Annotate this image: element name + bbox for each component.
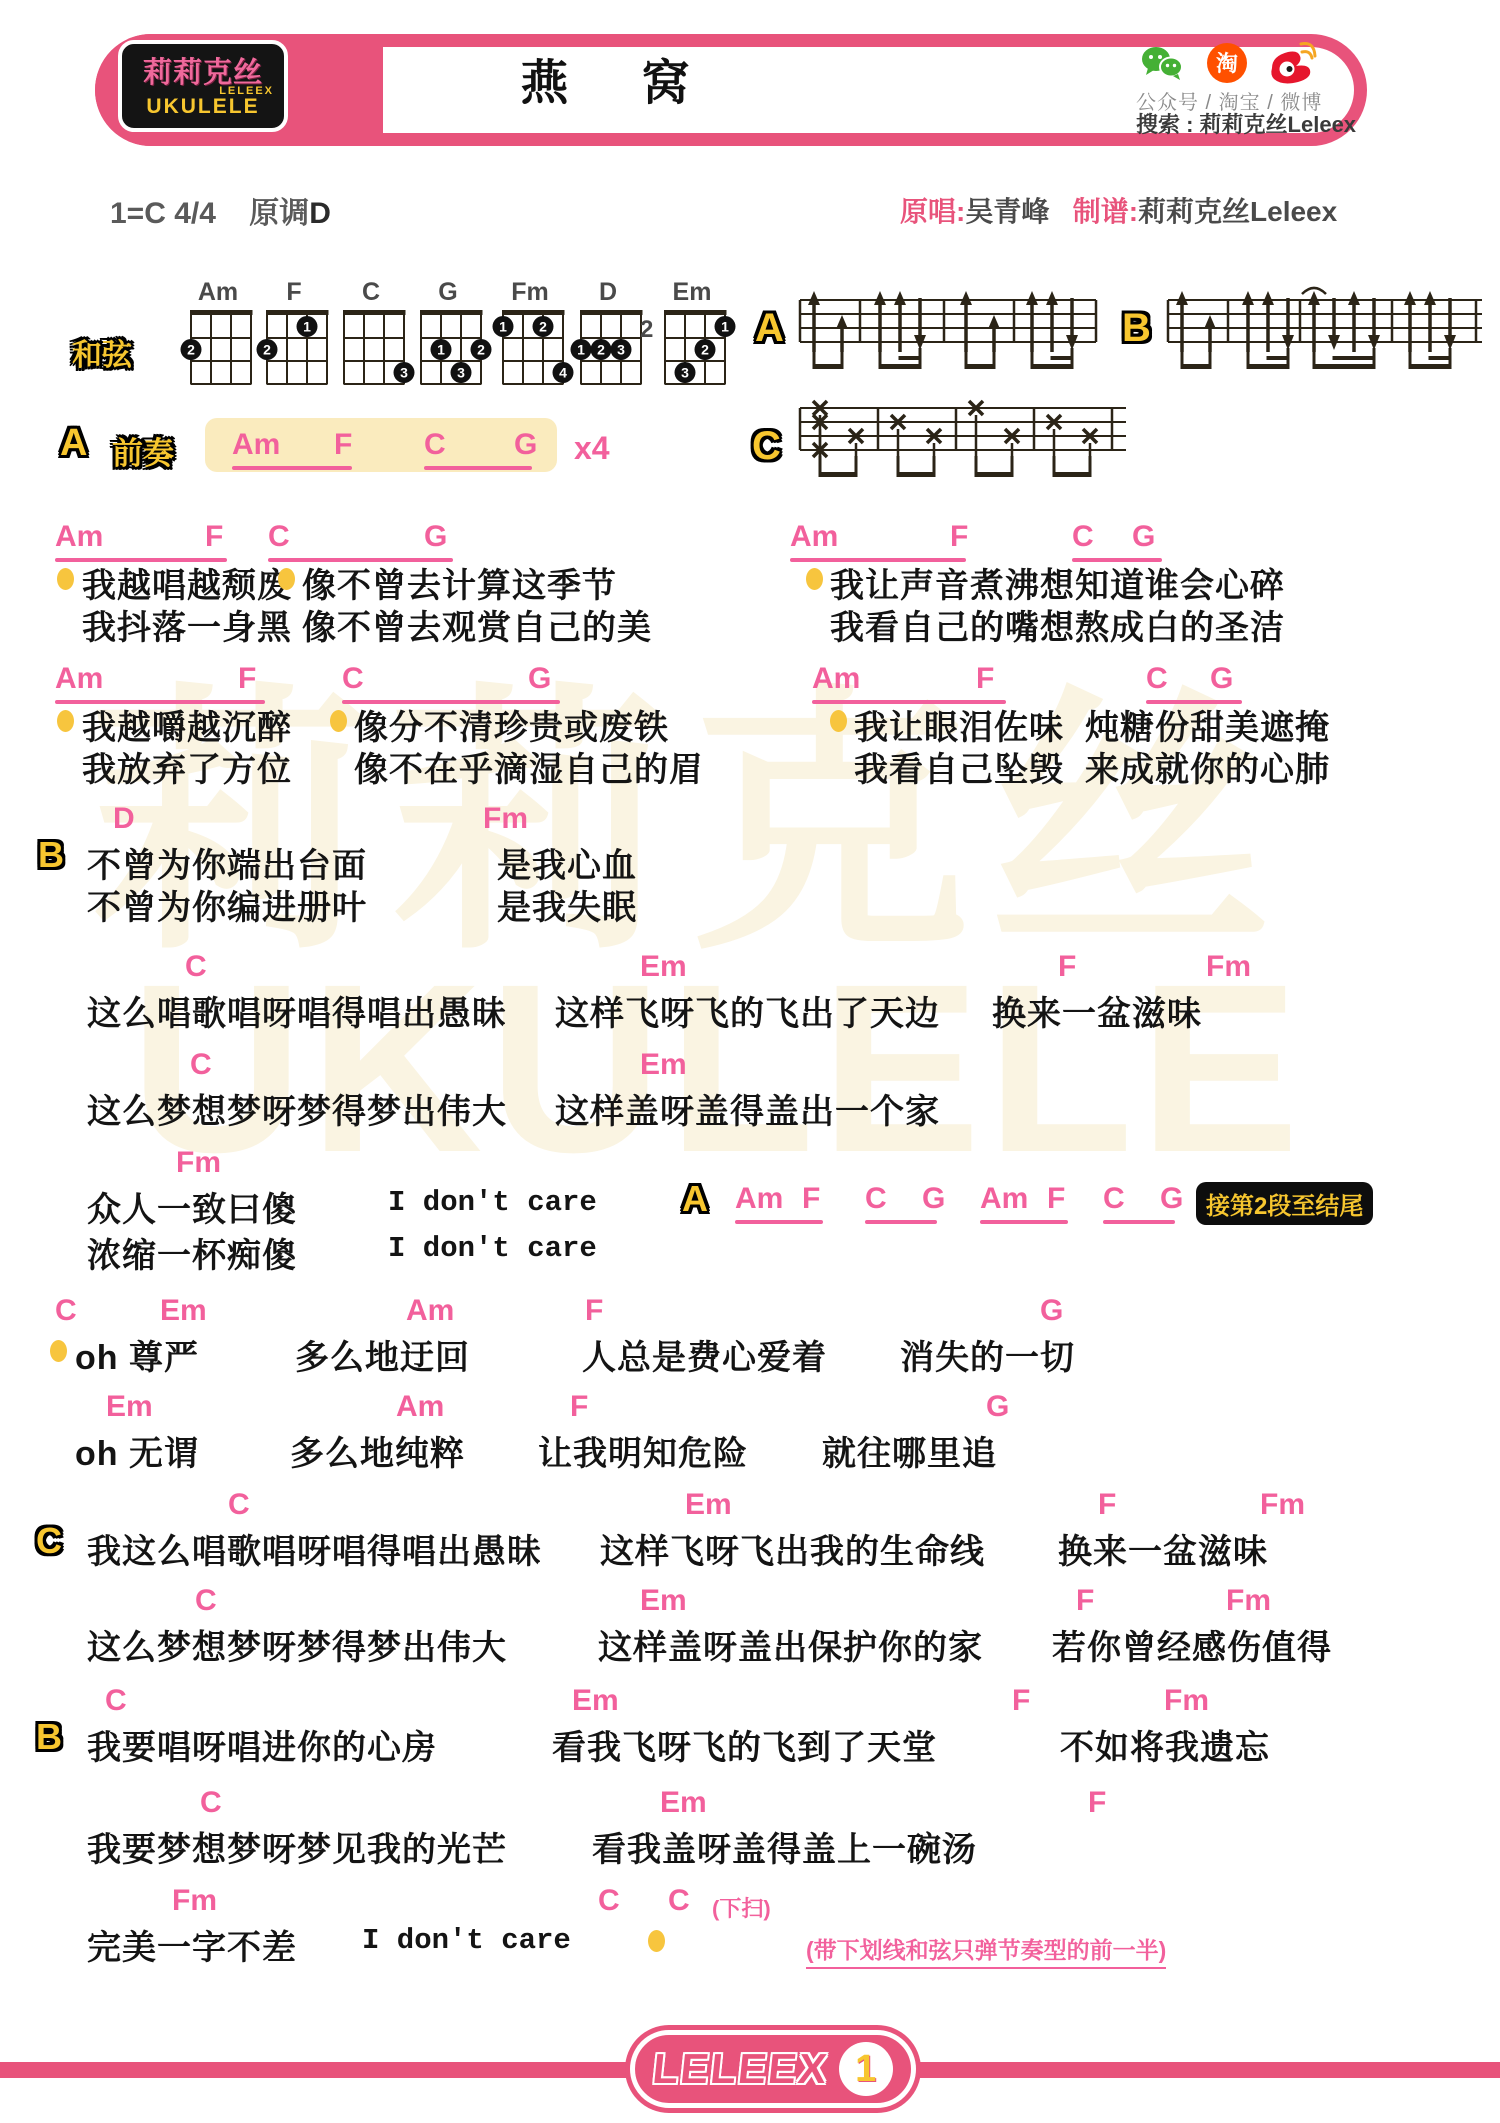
- svg-text:3: 3: [681, 365, 689, 381]
- chord-label: F: [238, 662, 256, 696]
- section-badge-A-intro: A: [60, 422, 87, 465]
- chord-label: C: [55, 1294, 77, 1328]
- lyric-text: 是我失眠: [497, 880, 637, 929]
- lyric-text: 换来一盆滋味: [1058, 1524, 1268, 1573]
- intro-repeat: x4: [574, 430, 610, 467]
- chord-label: F: [585, 1294, 603, 1328]
- lyric-text: 来成就你的心肺: [1085, 742, 1330, 791]
- chord-label: Em: [640, 1584, 687, 1618]
- chord-label: C: [1072, 520, 1094, 554]
- beat-dot: [57, 710, 74, 732]
- chord-label: Am: [735, 1182, 783, 1216]
- key-signature: 1=C 4/4 原调D: [110, 188, 331, 232]
- lyric-text: 这么唱歌唱呀唱得唱出愚昧: [87, 986, 507, 1035]
- beat-dot: [806, 568, 823, 590]
- lyric-row: 不曾为你编进册叶是我失眠: [0, 880, 1500, 928]
- chord-underline: [232, 466, 352, 470]
- lyric-row: 我抖落一身黑像不曾去观赏自己的美我看自己的嘴想熬成白的圣洁: [0, 600, 1500, 648]
- leleex-logo: 莉莉克丝 LELEEX UKULELE: [118, 40, 288, 132]
- lyric-text-latin: I don't care: [388, 1232, 597, 1265]
- lyric-text: 这样盖呀盖得盖出一个家: [555, 1084, 940, 1133]
- chord-diagram-name: G: [410, 278, 486, 307]
- svg-text:3: 3: [457, 365, 465, 381]
- chord-label: C: [1146, 662, 1168, 696]
- lyric-text: 若你曾经感伤值得: [1052, 1620, 1332, 1669]
- lyric-row: 我越嚼越沉醉像分不清珍贵或废铁我让眼泪佐味炖糖份甜美遮掩: [0, 700, 1500, 748]
- chord-label: C: [865, 1182, 887, 1216]
- lyric-text-latin: I don't care: [388, 1186, 597, 1219]
- chord-label: C: [228, 1488, 250, 1522]
- svg-text:4: 4: [559, 365, 567, 381]
- svg-text:2: 2: [701, 342, 709, 358]
- chord-label: Am: [55, 520, 103, 554]
- beat-dot: [50, 1340, 67, 1362]
- lyric-text: 消失的一切: [900, 1330, 1075, 1379]
- chord-diagram-name: Em: [654, 278, 730, 307]
- chord-label: Fm: [1226, 1584, 1271, 1618]
- chord-label: F: [570, 1390, 588, 1424]
- logo-ukulele-text: UKULELE: [122, 95, 284, 119]
- chord-underline: [865, 1220, 937, 1224]
- chord-label: F: [205, 520, 223, 554]
- chord-modifier: (下扫): [712, 1892, 771, 1923]
- chord-diagram-name: C: [333, 278, 409, 307]
- lyric-text: 我看自己坠毁: [854, 742, 1064, 791]
- lyric-text: 像不曾去观赏自己的美: [302, 600, 652, 649]
- original-key: D: [309, 197, 331, 230]
- lyric-text-latin: I don't care: [362, 1924, 571, 1957]
- svg-text:2: 2: [477, 342, 485, 358]
- beat-dot: [330, 710, 347, 732]
- chord-label: Am: [406, 1294, 454, 1328]
- chord-label: C: [1103, 1182, 1125, 1216]
- chord-label: Em: [106, 1390, 153, 1424]
- svg-text:2: 2: [597, 342, 605, 358]
- intro-chord: F: [334, 428, 352, 462]
- chord-underline: [980, 1220, 1068, 1224]
- section-badge-C: C: [752, 424, 781, 469]
- chord-label: C: [598, 1884, 620, 1918]
- lyric-row: 我放弃了方位像不在乎滴湿自己的眉我看自己坠毁来成就你的心肺: [0, 742, 1500, 790]
- beat-dot: [830, 710, 847, 732]
- chord-label: Em: [160, 1294, 207, 1328]
- lyric-text: 看我盖呀盖得盖上一碗汤: [592, 1822, 977, 1871]
- chord-label: Am: [812, 662, 860, 696]
- lyric-row: oh 尊严多么地迂回人总是费心爱着消失的一切: [0, 1330, 1500, 1378]
- chord-underline: [424, 466, 532, 470]
- chord-label: Am: [55, 662, 103, 696]
- section-badge-C: C: [36, 1520, 62, 1562]
- svg-text:1: 1: [437, 342, 445, 358]
- key-time: 1=C 4/4: [110, 197, 216, 230]
- chord-label: F: [1047, 1182, 1065, 1216]
- chord-label: G: [986, 1390, 1009, 1424]
- chord-label: F: [1012, 1684, 1030, 1718]
- chord-diagram-name: Am: [180, 278, 256, 307]
- svg-text:1: 1: [303, 319, 311, 335]
- wechat-icon: [1140, 44, 1184, 84]
- singer-label: 原唱:: [900, 196, 965, 227]
- chord-label: Fm: [1260, 1488, 1305, 1522]
- beat-dot: [648, 1930, 665, 1952]
- lyric-text: 这样飞呀飞出我的生命线: [600, 1524, 985, 1573]
- chord-label: F: [1076, 1584, 1094, 1618]
- chord-label: Em: [640, 950, 687, 984]
- lyric-row: C我这么唱歌唱呀唱得唱出愚昧这样飞呀飞出我的生命线换来一盆滋味: [0, 1524, 1500, 1572]
- chord-label: Am: [980, 1182, 1028, 1216]
- lyric-row: 这么梦想梦呀梦得梦出伟大这样盖呀盖出保护你的家若你曾经感伤值得: [0, 1620, 1500, 1668]
- lyric-row: 众人一致曰傻I don't careAAmFCGAmFCG接第2段至结尾: [0, 1182, 1500, 1230]
- footer-logo-pill: LELEEX 1: [630, 2030, 916, 2108]
- weibo-icon: [1268, 42, 1316, 84]
- svg-text:1: 1: [577, 342, 585, 358]
- lyric-text: 不曾为你编进册叶: [87, 880, 367, 929]
- chord-label: Fm: [172, 1884, 217, 1918]
- lyric-text: oh 尊严: [75, 1330, 199, 1379]
- lyric-row: 我要梦想梦呀梦见我的光芒看我盖呀盖得盖上一碗汤: [0, 1822, 1500, 1870]
- chord-diagram-name: F: [256, 278, 332, 307]
- chord-label: F: [950, 520, 968, 554]
- chord-label: G: [424, 520, 447, 554]
- lyric-text: 想熬成白的圣洁: [1040, 600, 1285, 649]
- lyric-text: 众人一致曰傻: [87, 1182, 297, 1231]
- lyric-row: 我越唱越颓废像不曾去计算这季节我让声音煮沸想知道谁会心碎: [0, 558, 1500, 606]
- intro-chord: Am: [232, 428, 280, 462]
- base-fret-number: 2: [640, 316, 653, 344]
- chord-label: Em: [572, 1684, 619, 1718]
- chord-label: D: [113, 802, 135, 836]
- lyric-text: 多么地迂回: [295, 1330, 470, 1379]
- transcriber-name: 莉莉克丝Leleex: [1138, 196, 1337, 227]
- svg-text:1: 1: [721, 319, 729, 335]
- chord-label: C: [200, 1786, 222, 1820]
- lyric-text: 我放弃了方位: [82, 742, 292, 791]
- chord-label: G: [1210, 662, 1233, 696]
- chord-label: C: [342, 662, 364, 696]
- section-badge-A: A: [755, 306, 784, 351]
- social-search-hint: 搜索 : 莉莉克丝Leleex: [1136, 108, 1356, 139]
- chord-label: F: [1058, 950, 1076, 984]
- intro-chord: C: [424, 428, 446, 462]
- lyric-text: 完美一字不差: [87, 1920, 297, 1969]
- chord-label: C: [105, 1684, 127, 1718]
- chord-underline: [735, 1220, 823, 1224]
- svg-text:淘: 淘: [1216, 51, 1238, 76]
- chord-sheet-page: 莉莉克丝 UKULELE 莉莉克丝 LELEEX UKULELE 燕 窝 淘 公…: [0, 0, 1500, 2123]
- intro-label: 前奏: [112, 428, 174, 473]
- chord-label: C: [195, 1584, 217, 1618]
- transcriber-label: 制谱:: [1073, 196, 1138, 227]
- lyric-text: 换来一盆滋味: [992, 986, 1202, 1035]
- section-badge-B: B: [36, 1716, 62, 1758]
- lyric-text: 人总是费心爱着: [582, 1330, 827, 1379]
- original-key-label: 原调: [249, 197, 309, 230]
- chord-diagram-F: F12: [256, 278, 340, 390]
- chord-diagram-C: C3: [333, 278, 417, 390]
- chord-diagram-name: Fm: [492, 278, 568, 307]
- chord-label: C: [668, 1884, 690, 1918]
- chord-label: C: [185, 950, 207, 984]
- chord-label: G: [528, 662, 551, 696]
- chord-label: G: [1160, 1182, 1183, 1216]
- chord-label: G: [1040, 1294, 1063, 1328]
- lyric-row: B不曾为你端出台面是我心血: [0, 838, 1500, 886]
- chord-label: G: [1132, 520, 1155, 554]
- footer-logo-text: LELEEX: [651, 2045, 831, 2093]
- chord-label: C: [268, 520, 290, 554]
- chord-diagram-G: G123: [410, 278, 494, 390]
- chord-label: Fm: [176, 1146, 221, 1180]
- lyric-text: 我要唱呀唱进你的心房: [87, 1720, 437, 1769]
- svg-text:2: 2: [539, 319, 547, 335]
- lyric-text: 我这么唱歌唱呀唱得唱出愚昧: [87, 1524, 542, 1573]
- chord-label: Fm: [1206, 950, 1251, 984]
- lyric-row: 这么梦想梦呀梦得梦出伟大这样盖呀盖得盖出一个家: [0, 1084, 1500, 1132]
- lyric-text: 就往哪里追: [822, 1426, 997, 1475]
- svg-text:2: 2: [187, 342, 195, 358]
- lyric-row: 这么唱歌唱呀唱得唱出愚昧这样飞呀飞的飞出了天边换来一盆滋味: [0, 986, 1500, 1034]
- chord-label: F: [802, 1182, 820, 1216]
- section-badge-B: B: [38, 834, 64, 876]
- chord-label: F: [1088, 1786, 1106, 1820]
- lyric-text: 这么梦想梦呀梦得梦出伟大: [87, 1084, 507, 1133]
- chords-panel-label: 和弦: [72, 330, 132, 374]
- footnote: (带下划线和弦只弹节奏型的前一半): [806, 1932, 1166, 1969]
- svg-text:3: 3: [617, 342, 625, 358]
- jump-note-badge: 接第2段至结尾: [1196, 1182, 1373, 1225]
- section-badge-B: B: [1122, 306, 1151, 351]
- chord-label: Am: [790, 520, 838, 554]
- lyric-text: 不如将我遗忘: [1060, 1720, 1270, 1769]
- chord-label: Em: [640, 1048, 687, 1082]
- lyric-text: 浓缩一杯痴傻: [87, 1228, 297, 1277]
- lyric-text: 我看自己的嘴: [830, 600, 1040, 649]
- song-title: 燕 窝: [430, 44, 810, 113]
- lyric-row: 浓缩一杯痴傻I don't care: [0, 1228, 1500, 1276]
- intro-chord: G: [514, 428, 537, 462]
- chord-label: Em: [660, 1786, 707, 1820]
- lyric-text: 这样飞呀飞的飞出了天边: [555, 986, 940, 1035]
- beat-dot: [278, 568, 295, 590]
- lyric-text: 这样盖呀盖出保护你的家: [598, 1620, 983, 1669]
- lyric-text: 我抖落一身黑: [82, 600, 292, 649]
- lyric-text: 我要梦想梦呀梦见我的光芒: [87, 1822, 507, 1871]
- lyric-row: B我要唱呀唱进你的心房看我飞呀飞的飞到了天堂不如将我遗忘: [0, 1720, 1500, 1768]
- chord-label: C: [190, 1048, 212, 1082]
- chord-diagram-Fm: Fm124: [492, 278, 576, 390]
- chord-label: Fm: [1164, 1684, 1209, 1718]
- lyric-text: 让我明知危险: [538, 1426, 748, 1475]
- taobao-icon: 淘: [1206, 42, 1248, 84]
- lyric-row: oh 无谓多么地纯粹让我明知危险就往哪里追: [0, 1426, 1500, 1474]
- credits: 原唱:吴青峰 制谱:莉莉克丝Leleex: [900, 190, 1337, 230]
- chord-label: F: [976, 662, 994, 696]
- svg-text:2: 2: [263, 342, 271, 358]
- page-number: 1: [839, 2042, 893, 2096]
- chord-diagram-Am: Am2: [180, 278, 264, 390]
- section-badge-A: A: [682, 1178, 708, 1220]
- lyric-text: 这么梦想梦呀梦得梦出伟大: [87, 1620, 507, 1669]
- svg-text:3: 3: [400, 365, 408, 381]
- chord-label: F: [1098, 1488, 1116, 1522]
- chord-diagram-Em: Em1232: [654, 278, 738, 390]
- beat-dot: [57, 568, 74, 590]
- chord-label: Am: [396, 1390, 444, 1424]
- singer-name: 吴青峰: [965, 196, 1049, 227]
- lyric-text: 多么地纯粹: [290, 1426, 465, 1475]
- lyric-text: 看我飞呀飞的飞到了天堂: [552, 1720, 937, 1769]
- lyric-row: 完美一字不差I don't care(带下划线和弦只弹节奏型的前一半): [0, 1920, 1500, 1968]
- chord-underline: [1103, 1220, 1175, 1224]
- lyric-text: 像不在乎滴湿自己的眉: [354, 742, 704, 791]
- chord-label: Fm: [483, 802, 528, 836]
- chord-diagram-name: D: [570, 278, 646, 307]
- chord-label: G: [922, 1182, 945, 1216]
- lyric-text: oh 无谓: [75, 1426, 199, 1475]
- svg-text:1: 1: [499, 319, 507, 335]
- chord-label: Em: [685, 1488, 732, 1522]
